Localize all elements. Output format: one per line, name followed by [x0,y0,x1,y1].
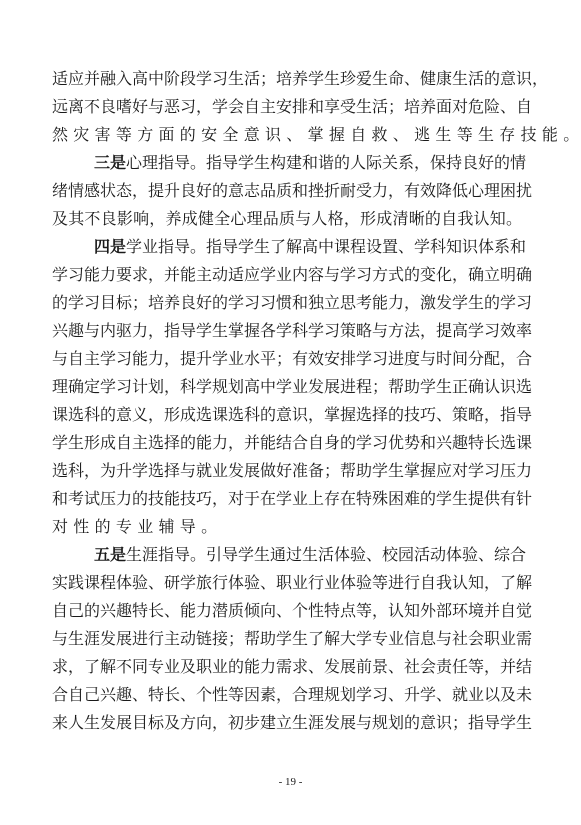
text-line: 来人生发展目标及方向，初步建立生涯发展与规划的意识；指导学生 [52,709,522,737]
paragraph-lead: 四是 [94,237,126,256]
body-text: 适应并融入高中阶段学习生活；培养学生珍爱生命、健康生活的意识， 远离不良嗜好与恶… [52,65,522,737]
text-run: 学业指导。指导学生了解高中课程设置、学科知识体系和 [126,237,526,256]
text-line: 与自主学习能力，提升学业水平；有效安排学习进度与时间分配，合 [52,345,522,373]
text-line: 实践课程体验、研学旅行体验、职业行业体验等进行自我认知，了解 [52,569,522,597]
text-line: 适应并融入高中阶段学习生活；培养学生珍爱生命、健康生活的意识， [52,65,522,93]
text-line: 对性的专业辅导。 [52,513,522,541]
text-line: 和考试压力的技能技巧，对于在学业上存在特殊困难的学生提供有针 [52,485,522,513]
text-line: 然灾害等方面的安全意识、掌握自救、逃生等生存技能。 [52,121,522,149]
text-line: 理确定学习计划，科学规划高中学业发展进程；帮助学生正确认识选 [52,373,522,401]
paragraph-lead: 三是 [94,153,126,172]
text-line: 学生形成自主选择的能力，并能结合自身的学习优势和兴趣特长选课 [52,429,522,457]
text-run: 心理指导。指导学生构建和谐的人际关系，保持良好的情 [126,153,526,172]
text-line: 四是学业指导。指导学生了解高中课程设置、学科知识体系和 [52,233,522,261]
text-line: 学习能力要求，并能主动适应学业内容与学习方式的变化，确立明确 [52,261,522,289]
text-line: 五是生涯指导。引导学生通过生活体验、校园活动体验、综合 [52,541,522,569]
text-line: 三是心理指导。指导学生构建和谐的人际关系，保持良好的情 [52,149,522,177]
text-line: 与生涯发展进行主动链接；帮助学生了解大学专业信息与社会职业需 [52,625,522,653]
text-run: 生涯指导。引导学生通过生活体验、校园活动体验、综合 [126,545,526,564]
text-line: 课选科的意义，形成选课选科的意识，掌握选择的技巧、策略，指导 [52,401,522,429]
text-line: 兴趣与内驱力，指导学生掌握各学科学习策略与方法，提高学习效率 [52,317,522,345]
text-line: 选科，为升学选择与就业发展做好准备；帮助学生掌握应对学习压力 [52,457,522,485]
text-line: 及其不良影响，养成健全心理品质与人格，形成清晰的自我认知。 [52,205,522,233]
text-line: 的学习目标；培养良好的学习习惯和独立思考能力，激发学生的学习 [52,289,522,317]
text-line: 自己的兴趣特长、能力潜质倾向、个性特点等，认知外部环境并自觉 [52,597,522,625]
text-line: 合自己兴趣、特长、个性等因素，合理规划学习、升学、就业以及未 [52,681,522,709]
paragraph-lead: 五是 [94,545,126,564]
document-page: 适应并融入高中阶段学习生活；培养学生珍爱生命、健康生活的意识， 远离不良嗜好与恶… [0,0,581,825]
page-number: - 19 - [0,776,581,788]
text-line: 远离不良嗜好与恶习，学会自主安排和享受生活；培养面对危险、自 [52,93,522,121]
text-line: 求，了解不同专业及职业的能力需求、发展前景、社会责任等，并结 [52,653,522,681]
text-line: 绪情感状态，提升良好的意志品质和挫折耐受力，有效降低心理困扰 [52,177,522,205]
